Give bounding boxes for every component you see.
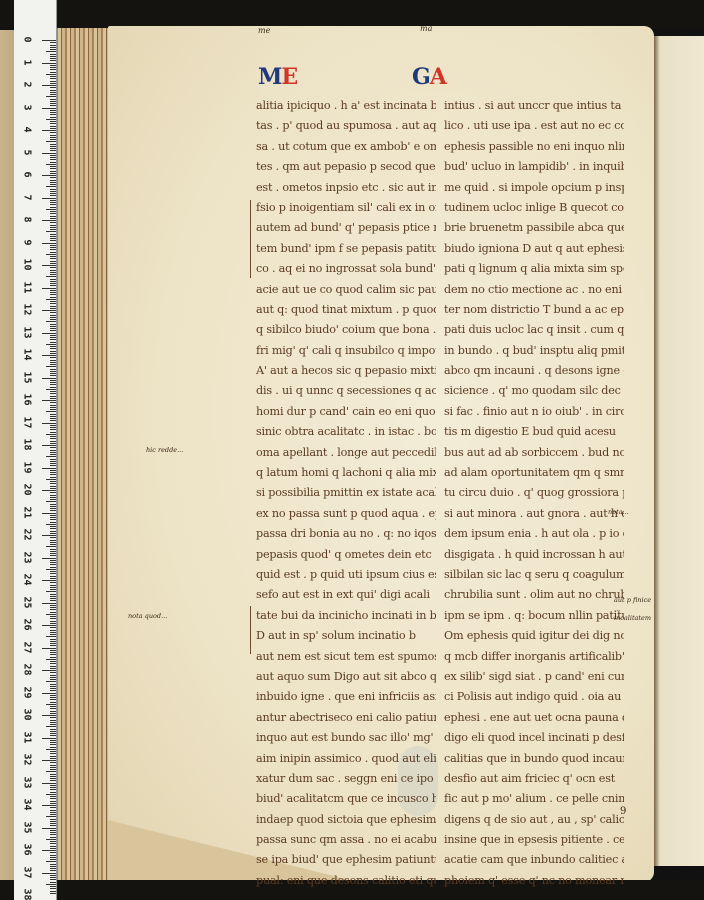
ruler-tick — [50, 515, 56, 516]
ruler-tick — [50, 488, 56, 489]
ruler-tick — [50, 409, 56, 410]
ruler-tick — [50, 339, 56, 340]
text-line: D aut in sp' solum incinatio b — [256, 626, 436, 646]
ruler-tick — [46, 816, 56, 817]
ruler-tick — [50, 756, 56, 757]
ruler-tick — [50, 506, 56, 507]
ruler-tick — [50, 211, 56, 212]
ruler-tick — [42, 310, 56, 311]
ruler-tick — [50, 661, 56, 662]
ruler-label: 21 — [22, 501, 33, 523]
ruler-tick — [50, 247, 56, 248]
ruler-label: 29 — [22, 681, 33, 703]
ruler-tick — [50, 519, 56, 520]
ruler-tick — [46, 726, 56, 727]
ruler-tick — [46, 434, 56, 435]
text-line: bus aut ad ab sorbiccem . bud no — [444, 443, 624, 463]
ruler-label: 2 — [22, 74, 33, 96]
ruler-label: 35 — [22, 816, 33, 838]
text-line: ephesi . ene aut uet ocna pauna dei in — [444, 708, 624, 728]
facing-page-edge — [654, 36, 704, 866]
ruler-tick — [46, 299, 56, 300]
ruler-tick — [42, 40, 56, 41]
ruler-tick — [50, 391, 56, 392]
ruler-tick — [50, 596, 56, 597]
ruler-tick — [50, 697, 56, 698]
ruler-tick — [50, 553, 56, 554]
ruler-label: 38 — [22, 884, 33, 900]
ruler-tick — [42, 738, 56, 739]
ruler-tick — [50, 594, 56, 595]
ruler-tick — [50, 504, 56, 505]
ruler-tick — [46, 524, 56, 525]
ruler-tick — [42, 693, 56, 694]
text-line: aut nem est sicut tem est spumosi — [256, 647, 436, 667]
margin-bracket — [250, 606, 251, 654]
ruler-tick — [50, 432, 56, 433]
ruler-tick — [46, 389, 56, 390]
ruler-tick — [50, 706, 56, 707]
ruler-label: 7 — [22, 186, 33, 208]
ruler-tick — [50, 418, 56, 419]
ruler-tick — [50, 837, 56, 838]
ruler-tick — [42, 828, 56, 829]
ruler-tick — [50, 47, 56, 48]
text-line: sicience . q' mo quodam silc dec ephe — [444, 381, 624, 401]
ruler-tick — [50, 312, 56, 313]
ruler-tick — [50, 724, 56, 725]
ruler-tick — [50, 436, 56, 437]
ruler-tick — [50, 731, 56, 732]
ruler-tick — [50, 360, 56, 361]
ruler-tick — [50, 162, 56, 163]
ruler-tick — [50, 587, 56, 588]
book-fore-edge — [56, 28, 112, 880]
ruler-tick — [50, 677, 56, 678]
ruler-tick — [50, 42, 56, 43]
ruler-tick — [50, 612, 56, 613]
text-line: digo eli quod incel incinati p desfa — [444, 728, 624, 748]
ruler-tick — [50, 132, 56, 133]
ruler-tick — [42, 63, 56, 64]
text-line: inbuido igne . que eni infriciis asi — [256, 687, 436, 707]
ruler-tick — [50, 560, 56, 561]
ruler-tick — [50, 148, 56, 149]
ruler-tick — [50, 270, 56, 271]
ruler-tick — [50, 497, 56, 498]
text-line: pual: eni que desons calitio eti que — [256, 871, 436, 891]
ruler-label: 18 — [22, 434, 33, 456]
measuring-ruler: 0123456789101112131415161718192021222324… — [14, 0, 57, 900]
ruler-tick — [46, 704, 56, 705]
ruler-label: 33 — [22, 771, 33, 793]
ruler-tick — [50, 441, 56, 442]
ruler-tick — [50, 213, 56, 214]
ruler-tick — [42, 850, 56, 851]
ruler-tick — [46, 344, 56, 345]
ruler-tick — [50, 110, 56, 111]
text-line: sa . ut cotum que ex ambob' e ome — [256, 137, 436, 157]
ruler-tick — [50, 643, 56, 644]
ruler-tick — [50, 94, 56, 95]
ruler-tick — [50, 54, 56, 55]
ruler-label: 4 — [22, 119, 33, 141]
ruler-tick — [50, 699, 56, 700]
text-line: ipm se ipm . q: bocum nllin patitur — [444, 606, 624, 626]
ruler-tick — [50, 371, 56, 372]
ruler-tick — [46, 276, 56, 277]
ruler-tick — [50, 621, 56, 622]
ruler-label: 13 — [22, 321, 33, 343]
ruler-tick — [46, 209, 56, 210]
ruler-tick — [50, 249, 56, 250]
ruler-tick — [50, 258, 56, 259]
ruler-label: 32 — [22, 749, 33, 771]
ruler-tick — [50, 708, 56, 709]
ruler-tick — [50, 733, 56, 734]
ruler-tick — [50, 564, 56, 565]
ruler-tick — [50, 216, 56, 217]
ruler-tick — [50, 308, 56, 309]
ruler-tick — [50, 303, 56, 304]
ruler-tick — [42, 85, 56, 86]
ruler-tick — [50, 144, 56, 145]
ruler-tick — [50, 306, 56, 307]
ruler-tick — [50, 429, 56, 430]
ruler-tick — [50, 792, 56, 793]
ruler-tick — [50, 789, 56, 790]
ruler-tick — [50, 618, 56, 619]
text-line: antur abectriseco eni calio patiunni . — [256, 708, 436, 728]
ruler-tick — [50, 177, 56, 178]
text-line: dem no ctio mectione ac . no eni la — [444, 280, 624, 300]
ruler-tick — [50, 729, 56, 730]
ruler-tick — [50, 841, 56, 842]
ruler-tick — [50, 229, 56, 230]
ruler-tick — [42, 760, 56, 761]
text-line: calitias que in bundo quod incaunu — [444, 749, 624, 769]
ruler-tick — [50, 267, 56, 268]
ruler-tick — [50, 166, 56, 167]
ruler-tick — [50, 238, 56, 239]
ruler-tick — [50, 353, 56, 354]
text-line: se ipa biud' que ephesim patiuntur . — [256, 850, 436, 870]
text-line: fic aut p mo' alium . ce pelle cnim — [444, 789, 624, 809]
ruler-tick — [50, 751, 56, 752]
running-head-left: ME — [258, 64, 297, 90]
text-line: ad alam oportunitatem qm q smnu — [444, 463, 624, 483]
ruler-tick — [50, 605, 56, 606]
ruler-tick — [50, 891, 56, 892]
ruler-tick — [50, 285, 56, 286]
ruler-tick — [50, 159, 56, 160]
ruler-tick — [50, 810, 56, 811]
ruler-tick — [50, 420, 56, 421]
ruler-tick — [50, 567, 56, 568]
ruler-tick — [50, 472, 56, 473]
ruler-tick — [46, 681, 56, 682]
ruler-tick — [46, 366, 56, 367]
ruler-tick — [50, 240, 56, 241]
catchword-right: ma — [420, 24, 432, 33]
ruler-tick — [50, 787, 56, 788]
marginal-gloss-left-lower: nota quod... — [128, 612, 228, 621]
ruler-tick — [50, 56, 56, 57]
ruler-tick — [50, 767, 56, 768]
ruler-tick — [46, 411, 56, 412]
text-line: silbilan sic lac q seru q coagulum . eu — [444, 565, 624, 585]
marginal-gloss-right: nota... — [608, 508, 654, 517]
ruler-tick — [50, 623, 56, 624]
text-line: pati q lignum q alia mixta sim spec q — [444, 259, 624, 279]
ruler-tick — [42, 423, 56, 424]
ruler-tick — [50, 454, 56, 455]
ruler-label: 12 — [22, 299, 33, 321]
ruler-tick — [50, 193, 56, 194]
text-line: A' aut a hecos sic q pepasio mixtio mo — [256, 361, 436, 381]
ruler-tick — [50, 510, 56, 511]
ruler-tick — [50, 893, 56, 894]
text-line: in bundo . q bud' insptu aliq pmittic — [444, 341, 624, 361]
ruler-tick — [50, 58, 56, 59]
text-line: homi dur p cand' cain eo eni quo — [256, 402, 436, 422]
text-line: me quid . si impole opcium p inspissi — [444, 178, 624, 198]
ruler-tick — [50, 720, 56, 721]
ruler-tick — [46, 74, 56, 75]
ruler-tick — [50, 668, 56, 669]
ruler-tick — [50, 204, 56, 205]
text-line: intius . si aut unccr que intius ta — [444, 96, 624, 116]
ruler-tick — [50, 452, 56, 453]
ruler-tick — [50, 652, 56, 653]
ruler-tick — [46, 749, 56, 750]
ruler-tick — [50, 326, 56, 327]
text-line: si aut minora . aut gnora . aut h qui — [444, 504, 624, 524]
text-line: ter nom districtio T bund a ac ephesi — [444, 300, 624, 320]
ruler-tick — [50, 112, 56, 113]
ruler-tick — [50, 832, 56, 833]
ruler-tick — [46, 479, 56, 480]
ruler-tick — [50, 69, 56, 70]
text-line: biudo igniona D aut q aut ephesis — [444, 239, 624, 259]
ruler-label: 10 — [22, 254, 33, 276]
ruler-tick — [50, 200, 56, 201]
ruler-tick — [50, 785, 56, 786]
ruler-tick — [50, 101, 56, 102]
ruler-tick — [50, 571, 56, 572]
ruler-tick — [50, 573, 56, 574]
ruler-tick — [42, 153, 56, 154]
ruler-tick — [50, 589, 56, 590]
ruler-tick — [46, 861, 56, 862]
ruler-tick — [50, 117, 56, 118]
ruler-label: 27 — [22, 636, 33, 658]
ruler-tick — [50, 83, 56, 84]
ruler-tick — [42, 715, 56, 716]
ruler-tick — [42, 468, 56, 469]
ruler-tick — [50, 330, 56, 331]
ruler-tick — [50, 477, 56, 478]
text-line: sefo aut est in ext qui' digi acali — [256, 585, 436, 605]
ruler-tick — [50, 150, 56, 151]
ruler-tick — [42, 783, 56, 784]
ruler-tick — [50, 427, 56, 428]
text-line: fri mig' q' cali q insubilco q impotibil… — [256, 341, 436, 361]
ruler-label: 19 — [22, 456, 33, 478]
ruler-tick — [50, 814, 56, 815]
ruler-tick — [50, 882, 56, 883]
ruler-tick — [42, 288, 56, 289]
ruler-tick — [50, 67, 56, 68]
ruler-tick — [50, 803, 56, 804]
ruler-label: 37 — [22, 861, 33, 883]
ruler-tick — [50, 416, 56, 417]
ruler-label: 9 — [22, 231, 33, 253]
text-line: dis . ui q unnc q secessiones q actm — [256, 381, 436, 401]
ruler-label: 20 — [22, 479, 33, 501]
ruler-label: 6 — [22, 164, 33, 186]
ruler-tick — [50, 753, 56, 754]
ruler-tick — [50, 283, 56, 284]
ruler-tick — [50, 517, 56, 518]
ruler-label: 26 — [22, 614, 33, 636]
ruler-tick — [50, 128, 56, 129]
ruler-tick — [50, 551, 56, 552]
ruler-tick — [50, 645, 56, 646]
ruler-tick — [50, 402, 56, 403]
ruler-tick — [50, 657, 56, 658]
ruler-tick — [50, 762, 56, 763]
ruler-label: 1 — [22, 51, 33, 73]
ruler-tick — [50, 369, 56, 370]
catchword-left: me — [258, 26, 270, 35]
ruler-tick — [46, 771, 56, 772]
text-column-left: alitia ipiciquo . h a' est incinata biut… — [256, 96, 436, 891]
ruler-tick — [50, 180, 56, 181]
ruler-tick — [50, 722, 56, 723]
ruler-tick — [50, 639, 56, 640]
ruler-tick — [50, 533, 56, 534]
ruler-tick — [46, 794, 56, 795]
ruler-tick — [50, 375, 56, 376]
ruler-tick — [50, 123, 56, 124]
ruler-tick — [50, 414, 56, 415]
ruler-tick — [50, 868, 56, 869]
ruler-tick — [50, 81, 56, 82]
ruler-tick — [50, 866, 56, 867]
ruler-tick — [50, 769, 56, 770]
text-line: autem ad bund' q' pepasis ptice nsim au — [256, 218, 436, 238]
ruler-tick — [50, 508, 56, 509]
ruler-label: 34 — [22, 794, 33, 816]
ruler-tick — [50, 654, 56, 655]
ruler-tick — [50, 461, 56, 462]
ruler-tick — [50, 798, 56, 799]
ruler-label: 17 — [22, 411, 33, 433]
ruler-tick — [46, 884, 56, 885]
ruler-tick — [50, 155, 56, 156]
ruler-tick — [50, 49, 56, 50]
ruler-tick — [50, 852, 56, 853]
ruler-label: 0 — [22, 29, 33, 51]
ruler-tick — [50, 747, 56, 748]
ruler-tick — [50, 202, 56, 203]
ruler-tick — [50, 92, 56, 93]
text-line: abco qm incauni . q desons igne cale — [444, 361, 624, 381]
ruler-tick — [50, 168, 56, 169]
ruler-tick — [50, 218, 56, 219]
text-line: fsio p inoigentiam sil' cali ex in omis — [256, 198, 436, 218]
ruler-tick — [50, 195, 56, 196]
text-line: alitia ipiciquo . h a' est incinata biu — [256, 96, 436, 116]
ruler-tick — [50, 632, 56, 633]
ruler-label: 14 — [22, 344, 33, 366]
ruler-tick — [50, 157, 56, 158]
ruler-tick — [42, 400, 56, 401]
ruler-tick — [42, 873, 56, 874]
ruler-label: 36 — [22, 839, 33, 861]
ruler-tick — [50, 825, 56, 826]
ruler-tick — [50, 252, 56, 253]
ruler-tick — [42, 670, 56, 671]
ruler-tick — [50, 348, 56, 349]
ruler-label: 5 — [22, 141, 33, 163]
ruler-tick — [50, 189, 56, 190]
ruler-tick — [50, 362, 56, 363]
ruler-tick — [50, 778, 56, 779]
ruler-tick — [50, 740, 56, 741]
ruler-tick — [50, 384, 56, 385]
text-line: indaep quod sictoia que ephesim — [256, 810, 436, 830]
ruler-tick — [50, 396, 56, 397]
ruler-tick — [50, 76, 56, 77]
ruler-tick — [50, 261, 56, 262]
ruler-tick — [50, 346, 56, 347]
ruler-tick — [46, 591, 56, 592]
ruler-tick — [42, 198, 56, 199]
ruler-tick — [50, 855, 56, 856]
ruler-tick — [50, 103, 56, 104]
ruler-tick — [50, 443, 56, 444]
text-line: co . aq ei no ingrossat sola bund' or — [256, 259, 436, 279]
ruler-tick — [46, 119, 56, 120]
ruler-tick — [50, 843, 56, 844]
ruler-tick — [50, 279, 56, 280]
ruler-tick — [46, 456, 56, 457]
ruler-tick — [46, 186, 56, 187]
ruler-tick — [50, 380, 56, 381]
text-line: tudinem ucloc inlige B quecot coi i — [444, 198, 624, 218]
ruler-tick — [46, 51, 56, 52]
margin-bracket — [250, 200, 251, 278]
folio-mark: 9 — [620, 806, 626, 817]
ruler-tick — [42, 535, 56, 536]
ruler-tick — [50, 857, 56, 858]
ruler-tick — [50, 544, 56, 545]
text-line: biud' acalitatcm que ce incusco h — [256, 789, 436, 809]
ruler-tick — [50, 630, 56, 631]
text-line: dem ipsum enia . h aut ola . p io q' — [444, 524, 624, 544]
ruler-tick — [50, 713, 56, 714]
text-line: ex silib' sigd siat . p cand' eni cum ou — [444, 667, 624, 687]
ruler-label: 25 — [22, 591, 33, 613]
ruler-tick — [46, 254, 56, 255]
ruler-tick — [50, 146, 56, 147]
ruler-tick — [50, 335, 56, 336]
text-line: tem bund' ipm f se pepasis patitur si si — [256, 239, 436, 259]
ruler-tick — [50, 888, 56, 889]
ruler-tick — [42, 243, 56, 244]
